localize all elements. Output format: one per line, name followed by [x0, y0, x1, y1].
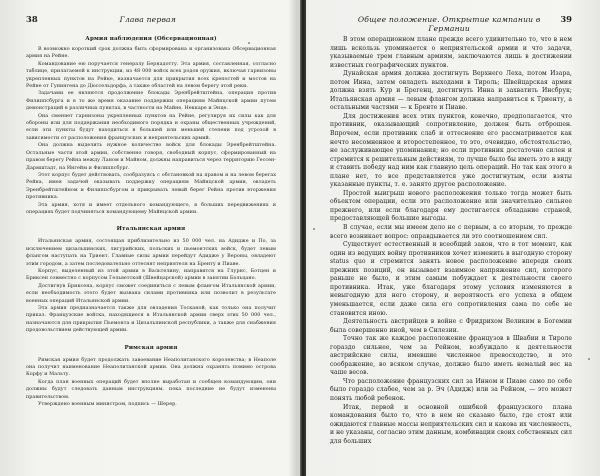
- scan-speck: [588, 358, 590, 360]
- paragraph: Задачами ее являются продолжение блокады…: [26, 90, 276, 112]
- paragraph: Деятельность австрийцев в войне с Фридри…: [330, 318, 572, 335]
- book-spread: 38 Глава первая Армия наблюдения (Обсерв…: [0, 0, 600, 476]
- paragraph: Она сменяет гарнизоны укрепленных пункто…: [26, 113, 276, 143]
- paragraph: Эта армия предназначается также для овла…: [26, 305, 276, 335]
- paragraph: Итальянская армия, состоящая приблизител…: [26, 238, 276, 268]
- section-roman-army: Римская армия Римская армия будет продол…: [26, 345, 276, 409]
- paragraph: Точно так же каждое расположение француз…: [330, 335, 572, 378]
- right-page-body: В этом операционном плане прежде всего у…: [330, 36, 572, 446]
- paragraph: Утверждено военным министром, подпись — …: [26, 401, 276, 408]
- paragraph: Достигнув Бриксена, корпус сможет соедин…: [26, 283, 276, 305]
- paragraph: Когда план военных операций будет вполне…: [26, 379, 276, 401]
- paragraph: В этом операционном плане прежде всего у…: [330, 36, 572, 70]
- paragraph: Римская армия будет продолжать завоевани…: [26, 357, 276, 379]
- paragraph: Итак, первой и основной ошибкой французс…: [330, 404, 572, 447]
- page-number: 38: [26, 14, 38, 24]
- paragraph: Для достижения всех этих пунктов, конечн…: [330, 113, 572, 190]
- running-title: Общее положение. Открытие кампании в Гер…: [330, 15, 560, 33]
- running-title: Глава первая: [38, 15, 276, 24]
- paragraph: Что расположение французских сил за Инно…: [330, 378, 572, 404]
- running-head-left: 38 Глава первая: [26, 14, 276, 30]
- scan-speck: [313, 228, 315, 230]
- paragraph: Существует естественный и всеобщий закон…: [330, 241, 572, 318]
- page-number: 39: [560, 14, 572, 24]
- paragraph: Этот корпус будет действовать, сообразуя…: [26, 172, 276, 202]
- paragraph: Эта армия, хотя и имеет отдельного коман…: [26, 202, 276, 217]
- running-head-right: Общее положение. Открытие кампании в Гер…: [330, 14, 572, 30]
- right-page: Общее положение. Открытие кампании в Гер…: [306, 0, 600, 476]
- scan-speck: [248, 42, 250, 44]
- paragraph: В случае, если мы имеем дело не с первым…: [330, 224, 572, 241]
- paragraph: Она должна выделить нужное количество во…: [26, 142, 276, 172]
- paragraph: В возможно короткий срок должна быть сфо…: [26, 46, 276, 61]
- paragraph: Простой выигрыш нового расположения толь…: [330, 190, 572, 224]
- paragraph: Командование ею поручается генералу Берн…: [26, 61, 276, 91]
- section-heading: Римская армия: [26, 345, 276, 351]
- section-heading: Итальянская армия: [26, 226, 276, 232]
- paragraph: Корпус, выделенный из этой армии в Вальт…: [26, 268, 276, 283]
- section-heading: Армия наблюдения (Обсервационная): [26, 36, 276, 42]
- paragraph: Дунайская армия должна достигнуть Верхне…: [330, 70, 572, 113]
- left-page: 38 Глава первая Армия наблюдения (Обсерв…: [0, 0, 300, 476]
- section-italian-army: Итальянская армия Итальянская армия, сос…: [26, 226, 276, 334]
- section-observation-army: Армия наблюдения (Обсервационная) В возм…: [26, 36, 276, 216]
